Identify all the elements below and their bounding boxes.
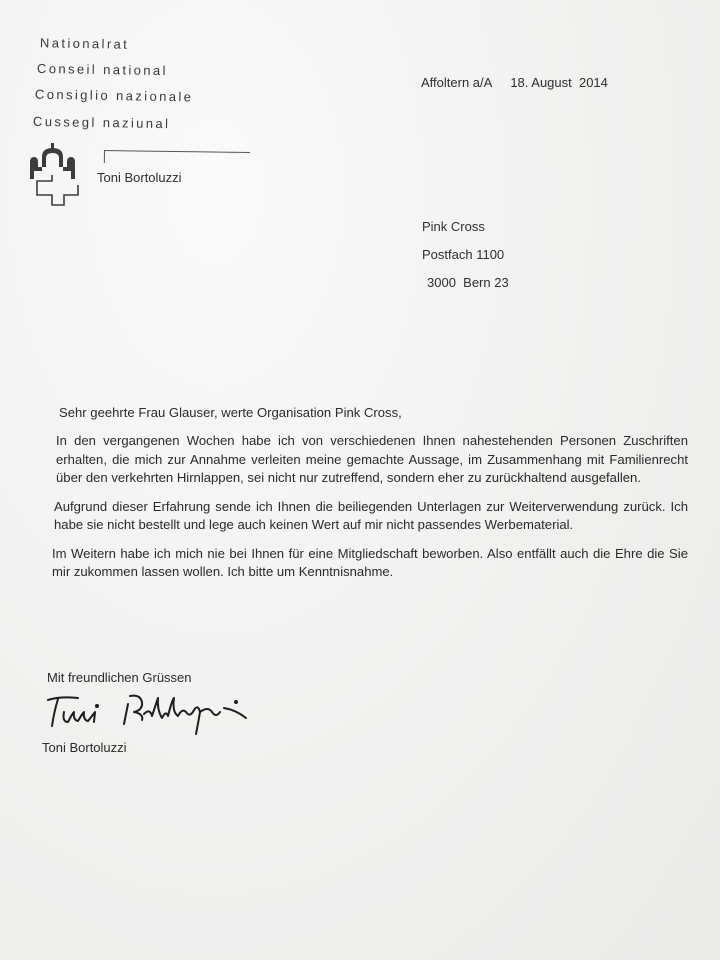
letterhead-line-german: Nationalrat bbox=[40, 35, 130, 52]
body-paragraph: In den vergangenen Wochen habe ich von v… bbox=[56, 432, 688, 488]
sender-bracket-line bbox=[104, 150, 250, 165]
letter-body: Sehr geehrte Frau Glauser, werte Organis… bbox=[52, 404, 688, 592]
recipient-address: Pink Cross Postfach 1100 3000 Bern 23 bbox=[422, 213, 509, 297]
body-paragraph: Aufgrund dieser Erfahrung sende ich Ihne… bbox=[54, 498, 688, 535]
recipient-city: 3000 Bern 23 bbox=[422, 269, 509, 297]
place-and-date: Affoltern a/A18. August 2014 bbox=[421, 75, 608, 90]
recipient-name: Pink Cross bbox=[422, 213, 509, 241]
signer-name: Toni Bortoluzzi bbox=[42, 740, 127, 755]
letter-page: Nationalrat Conseil national Consiglio n… bbox=[0, 0, 720, 960]
closing-greeting: Mit freundlichen Grüssen bbox=[47, 670, 192, 685]
letterhead-line-french: Conseil national bbox=[37, 61, 168, 78]
letterhead-line-romansh: Cussegl naziunal bbox=[33, 114, 171, 131]
recipient-postbox: Postfach 1100 bbox=[422, 241, 509, 269]
date: 18. August 2014 bbox=[510, 75, 608, 90]
letterhead-line-italian: Consiglio nazionale bbox=[35, 87, 194, 105]
letterhead-sender-name: Toni Bortoluzzi bbox=[97, 170, 182, 185]
parliament-building-cross-emblem-icon bbox=[26, 143, 82, 207]
salutation: Sehr geehrte Frau Glauser, werte Organis… bbox=[59, 404, 688, 422]
place: Affoltern a/A bbox=[421, 75, 492, 90]
body-paragraph: Im Weitern habe ich mich nie bei Ihnen f… bbox=[52, 545, 688, 582]
handwritten-signature-icon bbox=[40, 690, 270, 740]
